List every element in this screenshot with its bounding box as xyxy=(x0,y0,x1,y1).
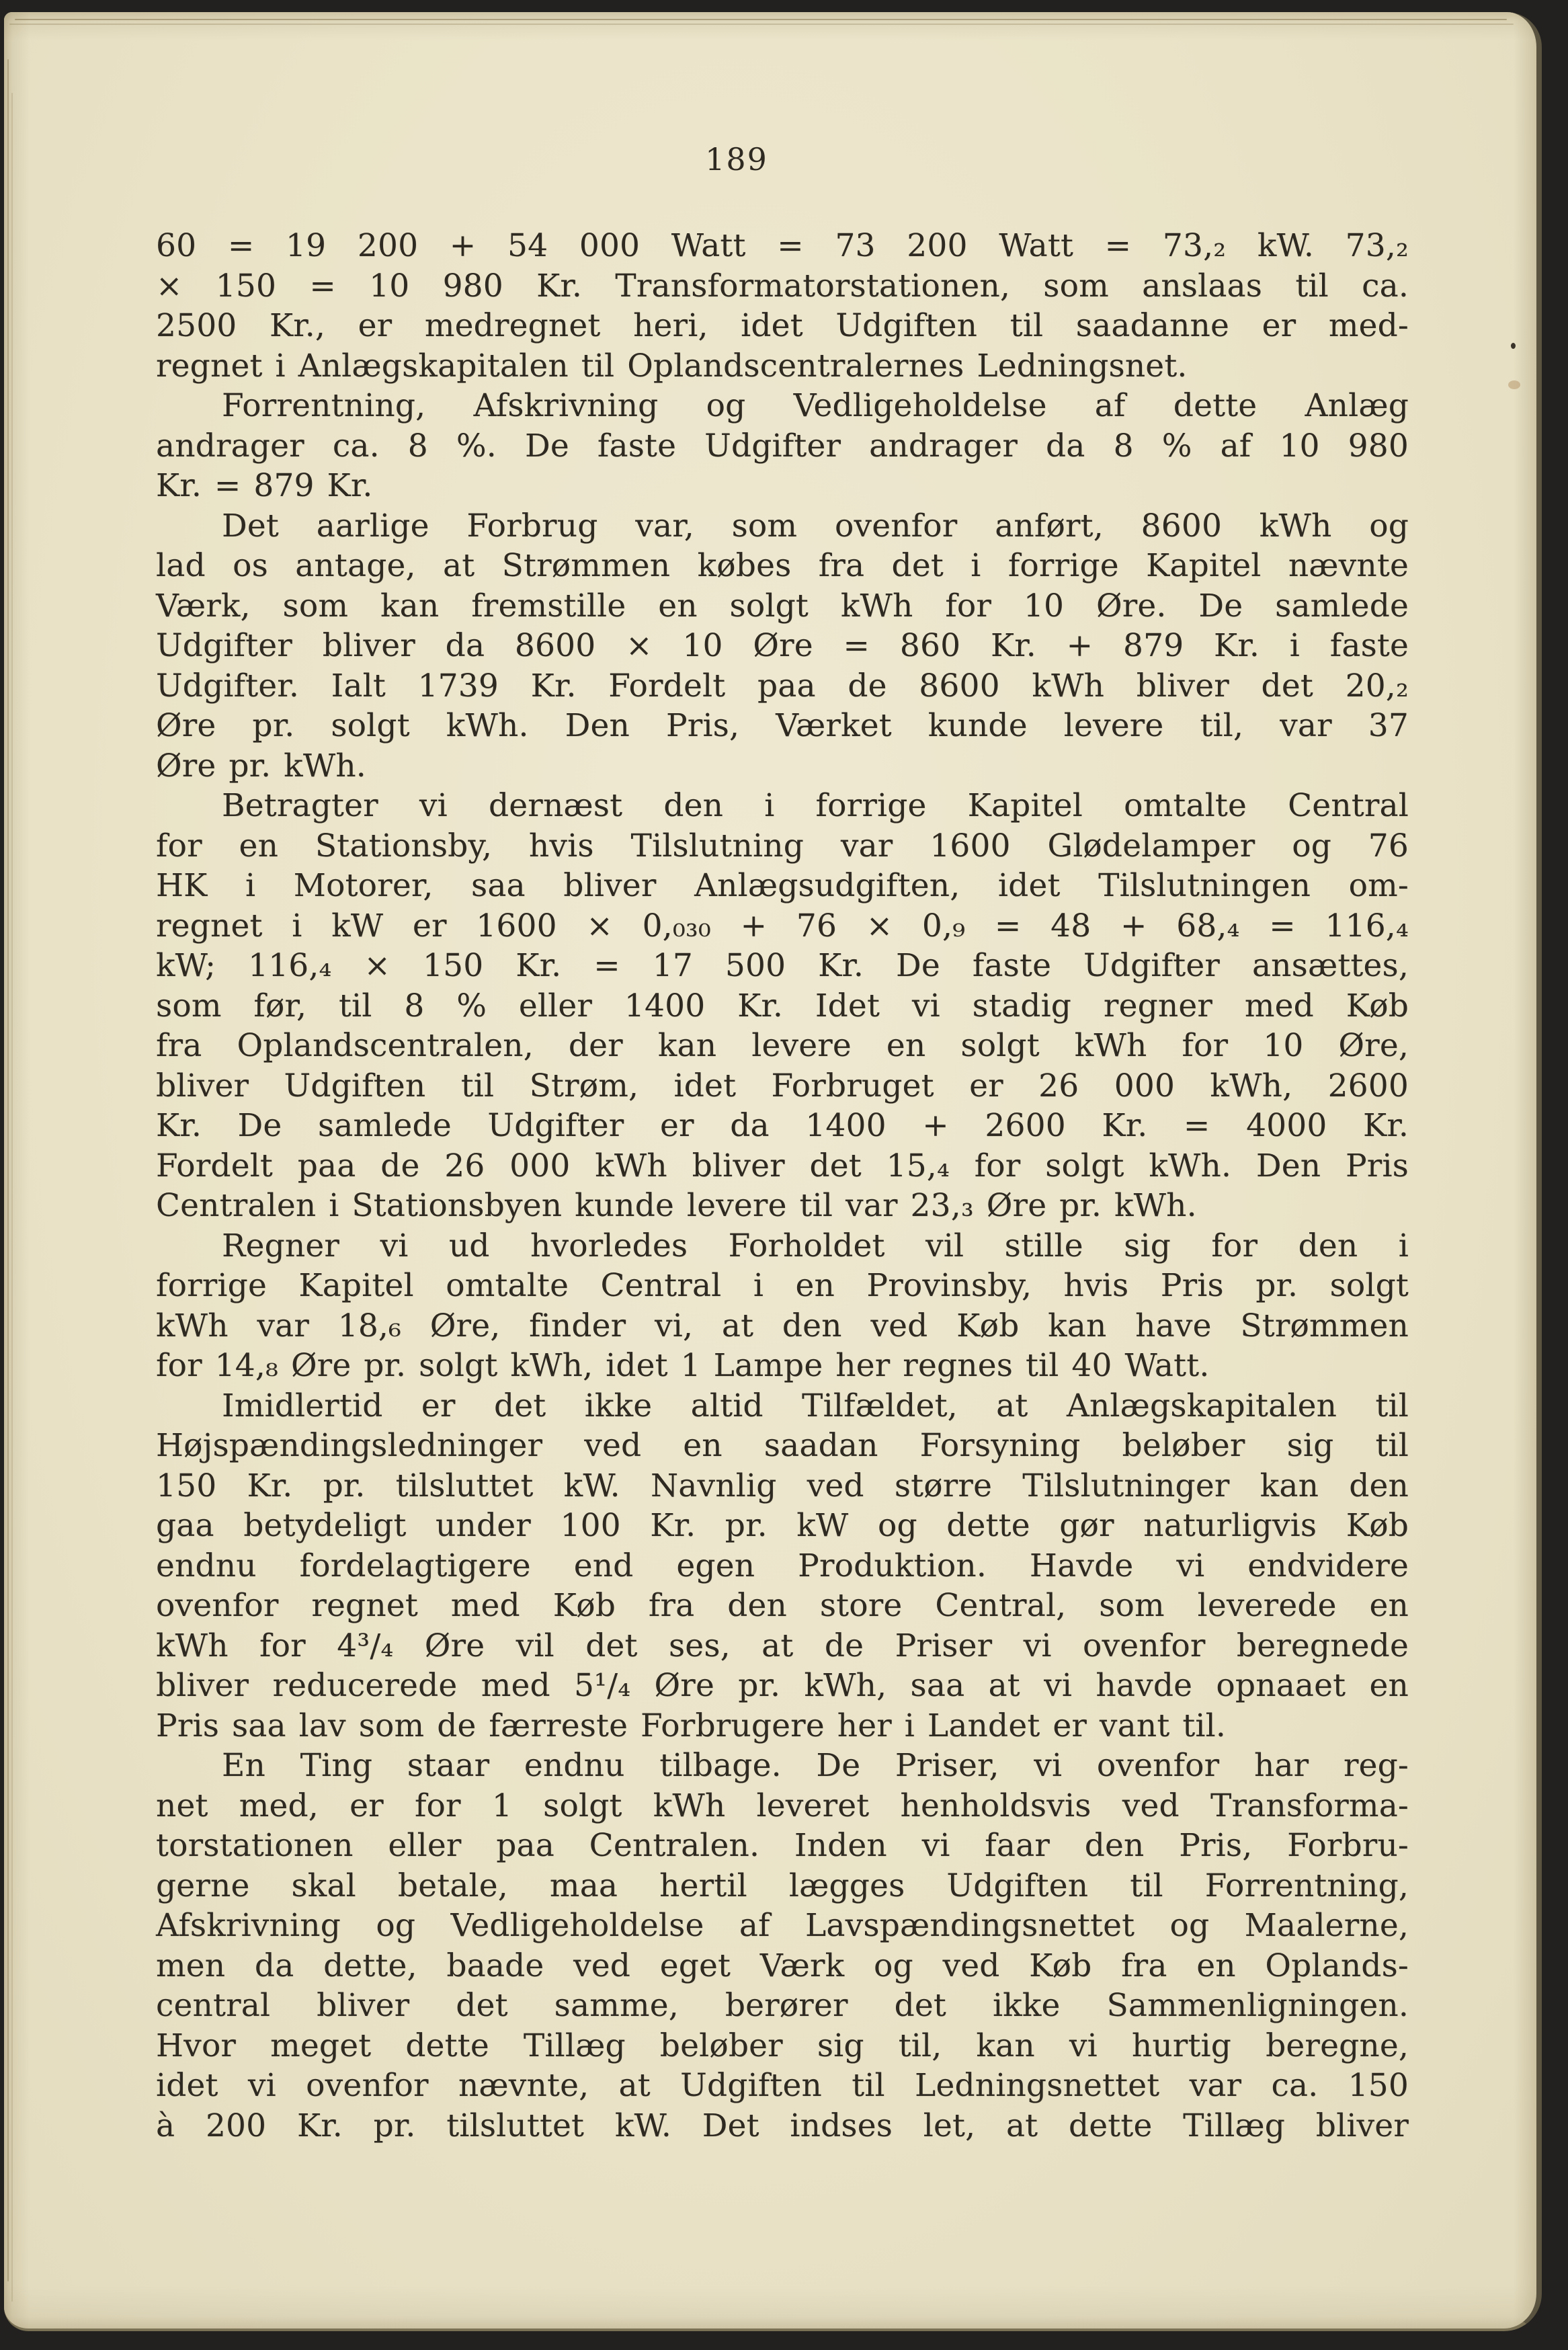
paper-speck xyxy=(1511,343,1516,349)
text-line: 2500 Kr., er medregnet heri, idet Udgift… xyxy=(156,306,1409,346)
text-line: ovenfor regnet med Køb fra den store Cen… xyxy=(156,1586,1409,1626)
text-line: bliver Udgiften til Strøm, idet Forbruge… xyxy=(156,1066,1409,1106)
text-line: Udgifter bliver da 8600 × 10 Øre = 860 K… xyxy=(156,626,1409,666)
text-line: Betragter vi dernæst den i forrige Kapit… xyxy=(156,786,1409,826)
text-line: som før, til 8 % eller 1400 Kr. Idet vi … xyxy=(156,986,1409,1026)
text-line: central bliver det samme, berører det ik… xyxy=(156,1986,1409,2026)
text-line: Øre pr. kWh. xyxy=(156,746,1409,786)
text-line: men da dette, baade ved eget Værk og ved… xyxy=(156,1946,1409,1986)
text-line: Kr. De samlede Udgifter er da 1400 + 260… xyxy=(156,1106,1409,1146)
text-line: for en Stationsby, hvis Tilslutning var … xyxy=(156,826,1409,866)
text-line: 60 = 19 200 + 54 000 Watt = 73 200 Watt … xyxy=(156,226,1409,266)
text-line: Hvor meget dette Tillæg beløber sig til,… xyxy=(156,2026,1409,2066)
text-line: Øre pr. solgt kWh. Den Pris, Værket kund… xyxy=(156,706,1409,746)
text-line: × 150 = 10 980 Kr. Transformatorstatione… xyxy=(156,266,1409,307)
page-number: 189 xyxy=(515,141,958,177)
text-line: endnu fordelagtigere end egen Produktion… xyxy=(156,1546,1409,1586)
text-line: kWh for 4³/₄ Øre vil det ses, at de Pris… xyxy=(156,1626,1409,1666)
page-edge-line xyxy=(7,59,9,2281)
text-line: lad os antage, at Strømmen købes fra det… xyxy=(156,546,1409,586)
text-line: idet vi ovenfor nævnte, at Udgiften til … xyxy=(156,2066,1409,2106)
text-line: 150 Kr. pr. tilsluttet kW. Navnlig ved s… xyxy=(156,1466,1409,1506)
text-line: andrager ca. 8 %. De faste Udgifter andr… xyxy=(156,426,1409,467)
text-line: Regner vi ud hvorledes Forholdet vil sti… xyxy=(156,1226,1409,1266)
text-line: Udgifter. Ialt 1739 Kr. Fordelt paa de 8… xyxy=(156,666,1409,706)
book-scan: 189 60 = 19 200 + 54 000 Watt = 73 200 W… xyxy=(0,0,1568,2350)
text-line: regnet i Anlægskapitalen til Oplandscent… xyxy=(156,346,1409,387)
text-line: gerne skal betale, maa hertil lægges Udg… xyxy=(156,1866,1409,1906)
book-page: 189 60 = 19 200 + 54 000 Watt = 73 200 W… xyxy=(4,12,1542,2331)
text-line: Afskrivning og Vedligeholdelse af Lavspæ… xyxy=(156,1906,1409,1946)
text-line: gaa betydeligt under 100 Kr. pr. kW og d… xyxy=(156,1506,1409,1546)
text-line: En Ting staar endnu tilbage. De Priser, … xyxy=(156,1746,1409,1786)
page-edge-line xyxy=(15,19,1507,20)
text-line: à 200 Kr. pr. tilsluttet kW. Det indses … xyxy=(156,2106,1409,2146)
text-line: Kr. = 879 Kr. xyxy=(156,466,1409,506)
paper-speck xyxy=(1508,380,1520,389)
text-line: net med, er for 1 solgt kWh leveret henh… xyxy=(156,1786,1409,1826)
text-line: Værk, som kan fremstille en solgt kWh fo… xyxy=(156,586,1409,626)
text-line: torstationen eller paa Centralen. Inden … xyxy=(156,1826,1409,1866)
page-edge-line xyxy=(9,24,1514,25)
text-line: fra Oplandscentralen, der kan levere en … xyxy=(156,1026,1409,1066)
page-edge-line xyxy=(11,93,13,2302)
text-line: bliver reducerede med 5¹/₄ Øre pr. kWh, … xyxy=(156,1666,1409,1706)
text-line: kWh var 18,₆ Øre, finder vi, at den ved … xyxy=(156,1306,1409,1346)
text-line: kW; 116,₄ × 150 Kr. = 17 500 Kr. De fast… xyxy=(156,946,1409,986)
body-text: 60 = 19 200 + 54 000 Watt = 73 200 Watt … xyxy=(156,226,1409,2146)
text-line: Fordelt paa de 26 000 kWh bliver det 15,… xyxy=(156,1146,1409,1186)
text-line: Imidlertid er det ikke altid Tilfældet, … xyxy=(156,1386,1409,1426)
text-line: Centralen i Stationsbyen kunde levere ti… xyxy=(156,1186,1409,1226)
text-line: forrige Kapitel omtalte Central i en Pro… xyxy=(156,1266,1409,1306)
text-line: Forrentning, Afskrivning og Vedligeholde… xyxy=(156,386,1409,426)
text-line: for 14,₈ Øre pr. solgt kWh, idet 1 Lampe… xyxy=(156,1346,1409,1386)
text-line: Det aarlige Forbrug var, som ovenfor anf… xyxy=(156,506,1409,546)
text-line: Højspændingsledninger ved en saadan Fors… xyxy=(156,1426,1409,1466)
text-line: HK i Motorer, saa bliver Anlægsudgiften,… xyxy=(156,866,1409,906)
text-line: Pris saa lav som de færreste Forbrugere … xyxy=(156,1706,1409,1746)
text-line: regnet i kW er 1600 × 0,₀₃₀ + 76 × 0,₉ =… xyxy=(156,906,1409,946)
